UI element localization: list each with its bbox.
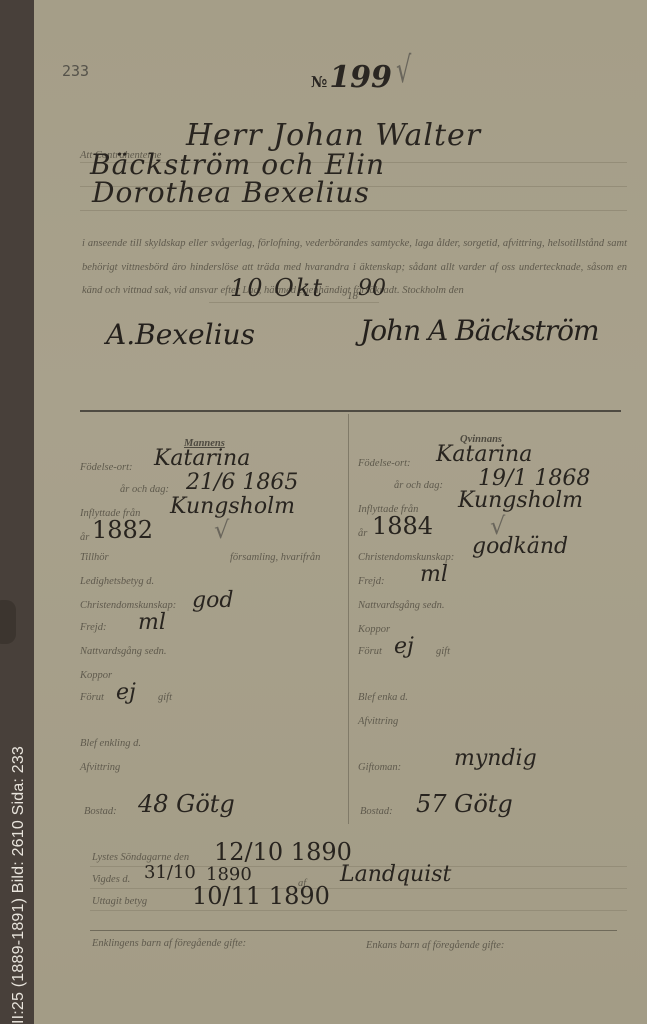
woman-birthplace: Katarina xyxy=(436,442,532,467)
man-birthplace-label: Födelse-ort: xyxy=(80,462,133,473)
man-year-label: år xyxy=(80,532,89,543)
woman-guardian: myndig xyxy=(454,746,537,771)
page-number: 233 xyxy=(62,62,89,80)
ruled-line xyxy=(90,910,627,911)
man-belongs-label: Tillhör xyxy=(80,552,109,563)
ruled-line xyxy=(90,888,627,889)
year-suffix: 90 xyxy=(358,276,386,301)
check-mark-icon: √ xyxy=(396,49,411,91)
man-birthdate: 21/6 1865 xyxy=(186,470,298,495)
man-married-label: gift xyxy=(158,692,172,703)
man-parish-label: församling, hvarifrån xyxy=(230,552,320,563)
number-value: 199 xyxy=(329,60,392,95)
man-widowed-label: Blef enkling d. xyxy=(80,738,141,749)
married-label: Vigdes d. xyxy=(92,874,130,885)
man-settlement-label: Afvittring xyxy=(80,762,120,773)
woman-year: 1884 xyxy=(372,512,433,540)
marriage-record-page: 233 №199 √ Att Contrahenterne Herr Johan… xyxy=(34,0,647,1024)
banns-date: 12/10 1890 xyxy=(214,838,352,866)
scroll-handle[interactable] xyxy=(0,600,16,644)
year-prefix: 18 xyxy=(347,290,358,302)
section-divider xyxy=(80,410,621,412)
woman-moved-from: Kungsholm xyxy=(458,488,583,513)
woman-christian-knowledge: godkänd xyxy=(472,534,568,559)
signature-groom: John A Bäckström xyxy=(360,314,599,347)
woman-residence-label: Bostad: xyxy=(360,806,393,817)
place-label: Stockholm den xyxy=(402,285,464,296)
man-residence-label: Bostad: xyxy=(84,806,117,817)
man-reputation: ml xyxy=(138,610,166,635)
married-date: 31/10 xyxy=(144,862,196,883)
man-smallpox-label: Koppor xyxy=(80,670,112,681)
column-divider xyxy=(348,414,349,824)
woman-smallpox-label: Koppor xyxy=(358,624,390,635)
certificate-label: Uttagit betyg xyxy=(92,896,147,907)
woman-widowed-label: Blef enka d. xyxy=(358,692,408,703)
ruled-line xyxy=(80,210,627,211)
parties-line-3: Dorothea Bexelius xyxy=(92,176,370,209)
number-label: № xyxy=(311,73,327,91)
man-leave-cert-label: Ledighetsbetyg d. xyxy=(80,576,154,587)
officiant: Landquist xyxy=(340,862,451,887)
man-residence: 48 Götg xyxy=(138,790,235,818)
man-christian-knowledge: god xyxy=(192,588,233,613)
declaration-body: i anseende till skyldskap eller svågerla… xyxy=(82,238,627,296)
check-mark-icon: √ xyxy=(214,516,229,544)
certificate-date: 10/11 1890 xyxy=(192,882,330,910)
woman-guardian-label: Giftoman: xyxy=(358,762,401,773)
viewer-sidebar: II:25 (1889-1891) Bild: 2610 Sida: 233 xyxy=(0,0,34,1024)
man-year: 1882 xyxy=(92,516,153,544)
record-number: №199 xyxy=(311,60,392,95)
woman-year-label: år xyxy=(358,528,367,539)
woman-previously-label: Förut xyxy=(358,646,382,657)
woman-birthplace-label: Födelse-ort: xyxy=(358,458,411,469)
man-moved-from: Kungsholm xyxy=(170,494,295,519)
widow-children-label: Enkans barn af föregående gifte: xyxy=(366,940,504,951)
section-divider xyxy=(90,930,617,931)
woman-birthdate-label: år och dag: xyxy=(394,480,443,491)
man-birthplace: Katarina xyxy=(154,446,250,471)
man-birthdate-label: år och dag: xyxy=(120,484,169,495)
signature-witness: A.Bexelius xyxy=(106,318,255,351)
woman-married-label: gift xyxy=(436,646,450,657)
declaration-date: 10 Okt xyxy=(230,274,324,302)
woman-communion-label: Nattvardsgång sedn. xyxy=(358,600,445,611)
man-previously-label: Förut xyxy=(80,692,104,703)
woman-settlement-label: Afvittring xyxy=(358,716,398,727)
image-reference-label: II:25 (1889-1891) Bild: 2610 Sida: 233 xyxy=(10,680,28,1024)
woman-reputation-label: Frejd: xyxy=(358,576,384,587)
man-communion-label: Nattvardsgång sedn. xyxy=(80,646,167,657)
man-previously: ej xyxy=(116,680,136,705)
date-line xyxy=(209,302,379,303)
widower-children-label: Enklingens barn af föregående gifte: xyxy=(92,938,246,949)
woman-residence: 57 Götg xyxy=(416,790,513,818)
woman-reputation: ml xyxy=(420,562,448,587)
woman-previously: ej xyxy=(394,634,414,659)
man-reputation-label: Frejd: xyxy=(80,622,106,633)
